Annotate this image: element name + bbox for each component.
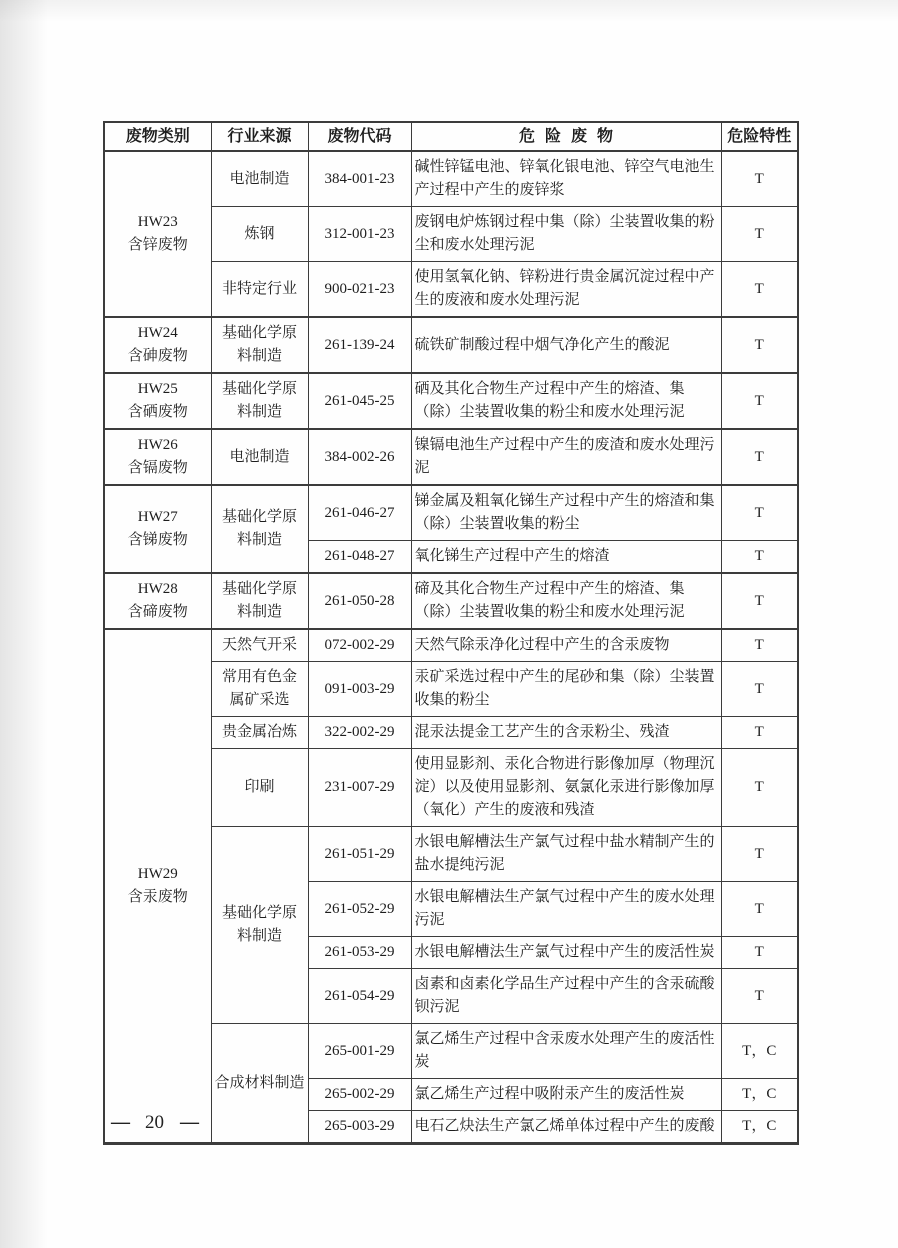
- waste-code-cell: 261-048-27: [308, 541, 411, 574]
- hazard-property-cell: T，C: [721, 1024, 798, 1079]
- waste-code-cell: 231-007-29: [308, 749, 411, 827]
- hazardous-waste-cell: 氯乙烯生产过程中含汞废水处理产生的废活性炭: [411, 1024, 721, 1079]
- waste-code-cell: 261-046-27: [308, 485, 411, 541]
- hazardous-waste-cell: 镍镉电池生产过程中产生的废渣和废水处理污泥: [411, 429, 721, 485]
- hazardous-waste-cell: 锑金属及粗氧化锑生产过程中产生的熔渣和集（除）尘装置收集的粉尘: [411, 485, 721, 541]
- hazardous-waste-cell: 混汞法提金工艺产生的含汞粉尘、残渣: [411, 717, 721, 749]
- hazard-property-cell: T: [721, 373, 798, 429]
- industry-source-cell: 贵金属冶炼: [211, 717, 308, 749]
- column-header-hazardous-waste: 危 险 废 物: [411, 122, 721, 151]
- hazardous-waste-cell: 天然气除汞净化过程中产生的含汞废物: [411, 629, 721, 662]
- industry-source-cell: 基础化学原料制造: [211, 827, 308, 1024]
- waste-category-cell: HW27含锑废物: [104, 485, 211, 573]
- table-row: HW23含锌废物电池制造384-001-23碱性锌锰电池、锌氧化银电池、锌空气电…: [104, 151, 798, 207]
- page-number-dash-left: —: [111, 1112, 129, 1134]
- page-number-value: 20: [145, 1112, 164, 1134]
- waste-code-cell: 384-002-26: [308, 429, 411, 485]
- table-row: HW24含砷废物基础化学原料制造261-139-24硫铁矿制酸过程中烟气净化产生…: [104, 317, 798, 373]
- hazardous-waste-cell: 硒及其化合物生产过程中产生的熔渣、集（除）尘装置收集的粉尘和废水处理污泥: [411, 373, 721, 429]
- column-header-hazard-property: 危险特性: [721, 122, 798, 151]
- waste-code-cell: 384-001-23: [308, 151, 411, 207]
- hazard-property-cell: T: [721, 429, 798, 485]
- waste-code-cell: 261-139-24: [308, 317, 411, 373]
- table-row: HW27含锑废物基础化学原料制造261-046-27锑金属及粗氧化锑生产过程中产…: [104, 485, 798, 541]
- waste-code-cell: 265-001-29: [308, 1024, 411, 1079]
- table-row: HW29含汞废物天然气开采072-002-29天然气除汞净化过程中产生的含汞废物…: [104, 629, 798, 662]
- hazardous-waste-table: 废物类别 行业来源 废物代码 危 险 废 物 危险特性 HW23含锌废物电池制造…: [103, 121, 799, 1145]
- waste-code-cell: 265-002-29: [308, 1079, 411, 1111]
- table-header-row: 废物类别 行业来源 废物代码 危 险 废 物 危险特性: [104, 122, 798, 151]
- hazard-property-cell: T: [721, 151, 798, 207]
- hazard-property-cell: T: [721, 541, 798, 574]
- industry-source-cell: 电池制造: [211, 429, 308, 485]
- hazardous-waste-cell: 电石乙炔法生产氯乙烯单体过程中产生的废酸: [411, 1111, 721, 1144]
- waste-code-cell: 261-045-25: [308, 373, 411, 429]
- table-row: HW28含碲废物基础化学原料制造261-050-28碲及其化合物生产过程中产生的…: [104, 573, 798, 629]
- industry-source-cell: 基础化学原料制造: [211, 573, 308, 629]
- industry-source-cell: 电池制造: [211, 151, 308, 207]
- hazardous-waste-cell: 硫铁矿制酸过程中烟气净化产生的酸泥: [411, 317, 721, 373]
- page-number-dash-right: —: [180, 1112, 198, 1134]
- industry-source-cell: 天然气开采: [211, 629, 308, 662]
- waste-code-cell: 261-051-29: [308, 827, 411, 882]
- table-row: HW26含镉废物电池制造384-002-26镍镉电池生产过程中产生的废渣和废水处…: [104, 429, 798, 485]
- waste-code-cell: 261-050-28: [308, 573, 411, 629]
- hazard-property-cell: T: [721, 207, 798, 262]
- hazard-property-cell: T: [721, 717, 798, 749]
- hazard-property-cell: T，C: [721, 1079, 798, 1111]
- waste-code-cell: 265-003-29: [308, 1111, 411, 1144]
- hazardous-waste-cell: 氧化锑生产过程中产生的熔渣: [411, 541, 721, 574]
- waste-code-cell: 261-054-29: [308, 969, 411, 1024]
- hazardous-waste-cell: 碱性锌锰电池、锌氧化银电池、锌空气电池生产过程中产生的废锌浆: [411, 151, 721, 207]
- hazardous-waste-cell: 碲及其化合物生产过程中产生的熔渣、集（除）尘装置收集的粉尘和废水处理污泥: [411, 573, 721, 629]
- waste-code-cell: 261-052-29: [308, 882, 411, 937]
- waste-category-cell: HW25含硒废物: [104, 373, 211, 429]
- hazard-property-cell: T，C: [721, 1111, 798, 1144]
- industry-source-cell: 炼钢: [211, 207, 308, 262]
- hazardous-waste-cell: 水银电解槽法生产氯气过程中盐水精制产生的盐水提纯污泥: [411, 827, 721, 882]
- hazard-property-cell: T: [721, 485, 798, 541]
- hazardous-waste-cell: 废钢电炉炼钢过程中集（除）尘装置收集的粉尘和废水处理污泥: [411, 207, 721, 262]
- hazard-property-cell: T: [721, 573, 798, 629]
- industry-source-cell: 合成材料制造: [211, 1024, 308, 1144]
- waste-category-cell: HW26含镉废物: [104, 429, 211, 485]
- hazard-property-cell: T: [721, 317, 798, 373]
- hazardous-waste-cell: 氯乙烯生产过程中吸附汞产生的废活性炭: [411, 1079, 721, 1111]
- column-header-waste-category: 废物类别: [104, 122, 211, 151]
- hazardous-waste-cell: 使用显影剂、汞化合物进行影像加厚（物理沉淀）以及使用显影剂、氨氯化汞进行影像加厚…: [411, 749, 721, 827]
- industry-source-cell: 非特定行业: [211, 262, 308, 318]
- scan-shadow-left: [0, 0, 48, 1248]
- hazard-property-cell: T: [721, 969, 798, 1024]
- waste-category-cell: HW28含碲废物: [104, 573, 211, 629]
- industry-source-cell: 印刷: [211, 749, 308, 827]
- waste-code-cell: 900-021-23: [308, 262, 411, 318]
- industry-source-cell: 常用有色金属矿采选: [211, 662, 308, 717]
- hazard-property-cell: T: [721, 662, 798, 717]
- scan-shadow-top: [0, 0, 898, 22]
- table-body: HW23含锌废物电池制造384-001-23碱性锌锰电池、锌氧化银电池、锌空气电…: [104, 151, 798, 1144]
- waste-code-cell: 072-002-29: [308, 629, 411, 662]
- industry-source-cell: 基础化学原料制造: [211, 317, 308, 373]
- industry-source-cell: 基础化学原料制造: [211, 373, 308, 429]
- waste-code-cell: 261-053-29: [308, 937, 411, 969]
- waste-code-cell: 312-001-23: [308, 207, 411, 262]
- hazardous-waste-cell: 卤素和卤素化学品生产过程中产生的含汞硫酸钡污泥: [411, 969, 721, 1024]
- waste-code-cell: 322-002-29: [308, 717, 411, 749]
- waste-category-cell: HW24含砷废物: [104, 317, 211, 373]
- industry-source-cell: 基础化学原料制造: [211, 485, 308, 573]
- waste-category-cell: HW23含锌废物: [104, 151, 211, 317]
- column-header-waste-code: 废物代码: [308, 122, 411, 151]
- hazard-property-cell: T: [721, 937, 798, 969]
- hazard-property-cell: T: [721, 262, 798, 318]
- column-header-industry-source: 行业来源: [211, 122, 308, 151]
- table-row: HW25含硒废物基础化学原料制造261-045-25硒及其化合物生产过程中产生的…: [104, 373, 798, 429]
- hazardous-waste-cell: 使用氢氧化钠、锌粉进行贵金属沉淀过程中产生的废液和废水处理污泥: [411, 262, 721, 318]
- hazardous-waste-cell: 汞矿采选过程中产生的尾砂和集（除）尘装置收集的粉尘: [411, 662, 721, 717]
- document-page: 废物类别 行业来源 废物代码 危 险 废 物 危险特性 HW23含锌废物电池制造…: [0, 0, 898, 1248]
- hazard-property-cell: T: [721, 882, 798, 937]
- page-number: — 20 —: [111, 1112, 198, 1134]
- hazard-property-cell: T: [721, 629, 798, 662]
- waste-code-cell: 091-003-29: [308, 662, 411, 717]
- hazard-property-cell: T: [721, 827, 798, 882]
- hazardous-waste-cell: 水银电解槽法生产氯气过程中产生的废活性炭: [411, 937, 721, 969]
- hazard-property-cell: T: [721, 749, 798, 827]
- hazardous-waste-cell: 水银电解槽法生产氯气过程中产生的废水处理污泥: [411, 882, 721, 937]
- waste-category-cell: HW29含汞废物: [104, 629, 211, 1144]
